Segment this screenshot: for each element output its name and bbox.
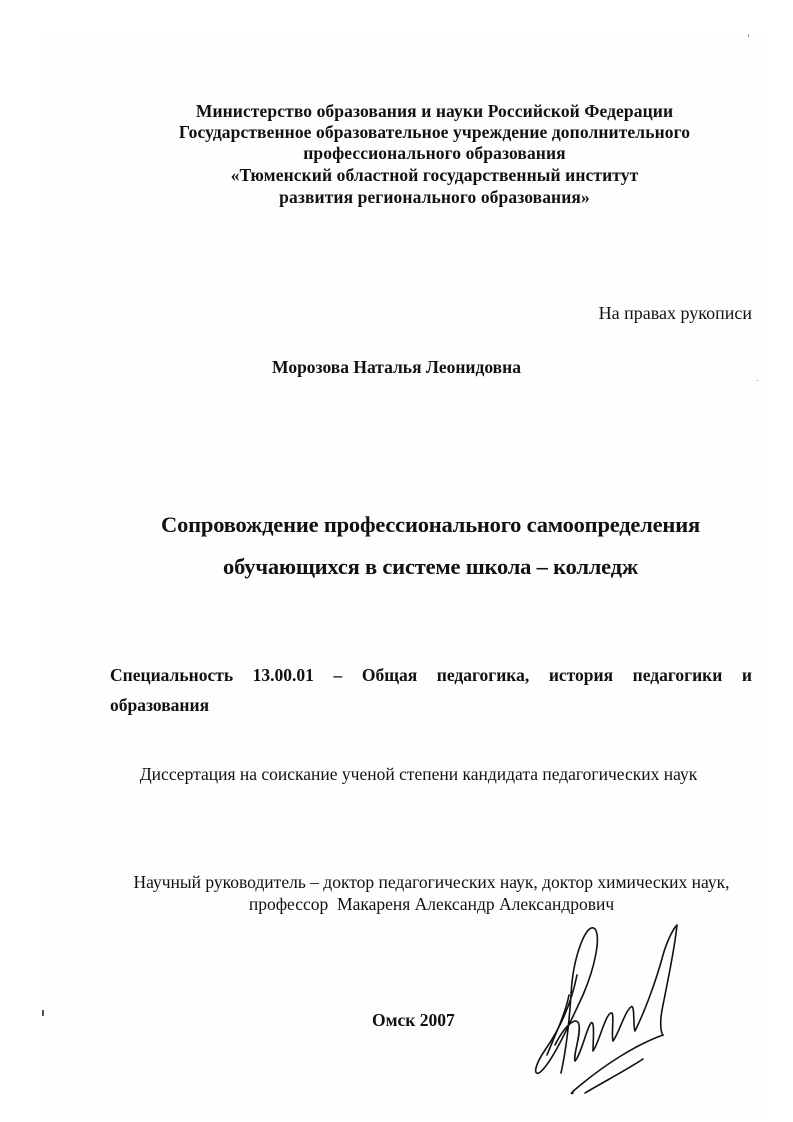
scan-artifact [42, 1010, 44, 1016]
manuscript-note: На правах рукописи [599, 304, 752, 322]
signature-icon [525, 915, 700, 1100]
institution-line: профессионального образования [38, 145, 793, 163]
city-year: Омск 2007 [372, 1012, 455, 1030]
specialty-word: педагогика, [437, 660, 529, 690]
degree-statement: Диссертация на соискание ученой степени … [22, 766, 793, 784]
title-line: обучающихся в системе школа – колледж [34, 556, 793, 579]
supervisor-line: Научный руководитель – доктор педагогиче… [35, 874, 793, 892]
specialty-word: история [549, 660, 613, 690]
specialty-word: Общая [362, 660, 417, 690]
specialty: Специальность 13.00.01 – Общая педагогик… [110, 660, 752, 720]
specialty-line: образования [110, 690, 752, 720]
supervisor-line: профессор Макареня Александр Александров… [35, 896, 793, 914]
specialty-word: Специальность [110, 660, 233, 690]
specialty-code: 13.00.01 [253, 660, 314, 690]
specialty-word: – [334, 660, 343, 690]
document-page: Министерство образования и науки Российс… [0, 0, 793, 1122]
institution-line: Государственное образовательное учрежден… [38, 124, 793, 142]
specialty-word: и [742, 660, 752, 690]
author-name: Морозова Наталья Леонидовна [0, 359, 793, 377]
institution-line: «Тюменский областной государственный инс… [38, 167, 793, 185]
specialty-line: Специальность 13.00.01 – Общая педагогик… [110, 660, 752, 690]
institution-line: развития регионального образования» [38, 189, 793, 207]
title-line: Сопровождение профессионального самоопре… [34, 514, 793, 537]
scan-artifact [757, 380, 758, 381]
institution-line: Министерство образования и науки Российс… [38, 103, 793, 121]
scan-artifact [748, 34, 749, 37]
specialty-word: педагогики [633, 660, 723, 690]
